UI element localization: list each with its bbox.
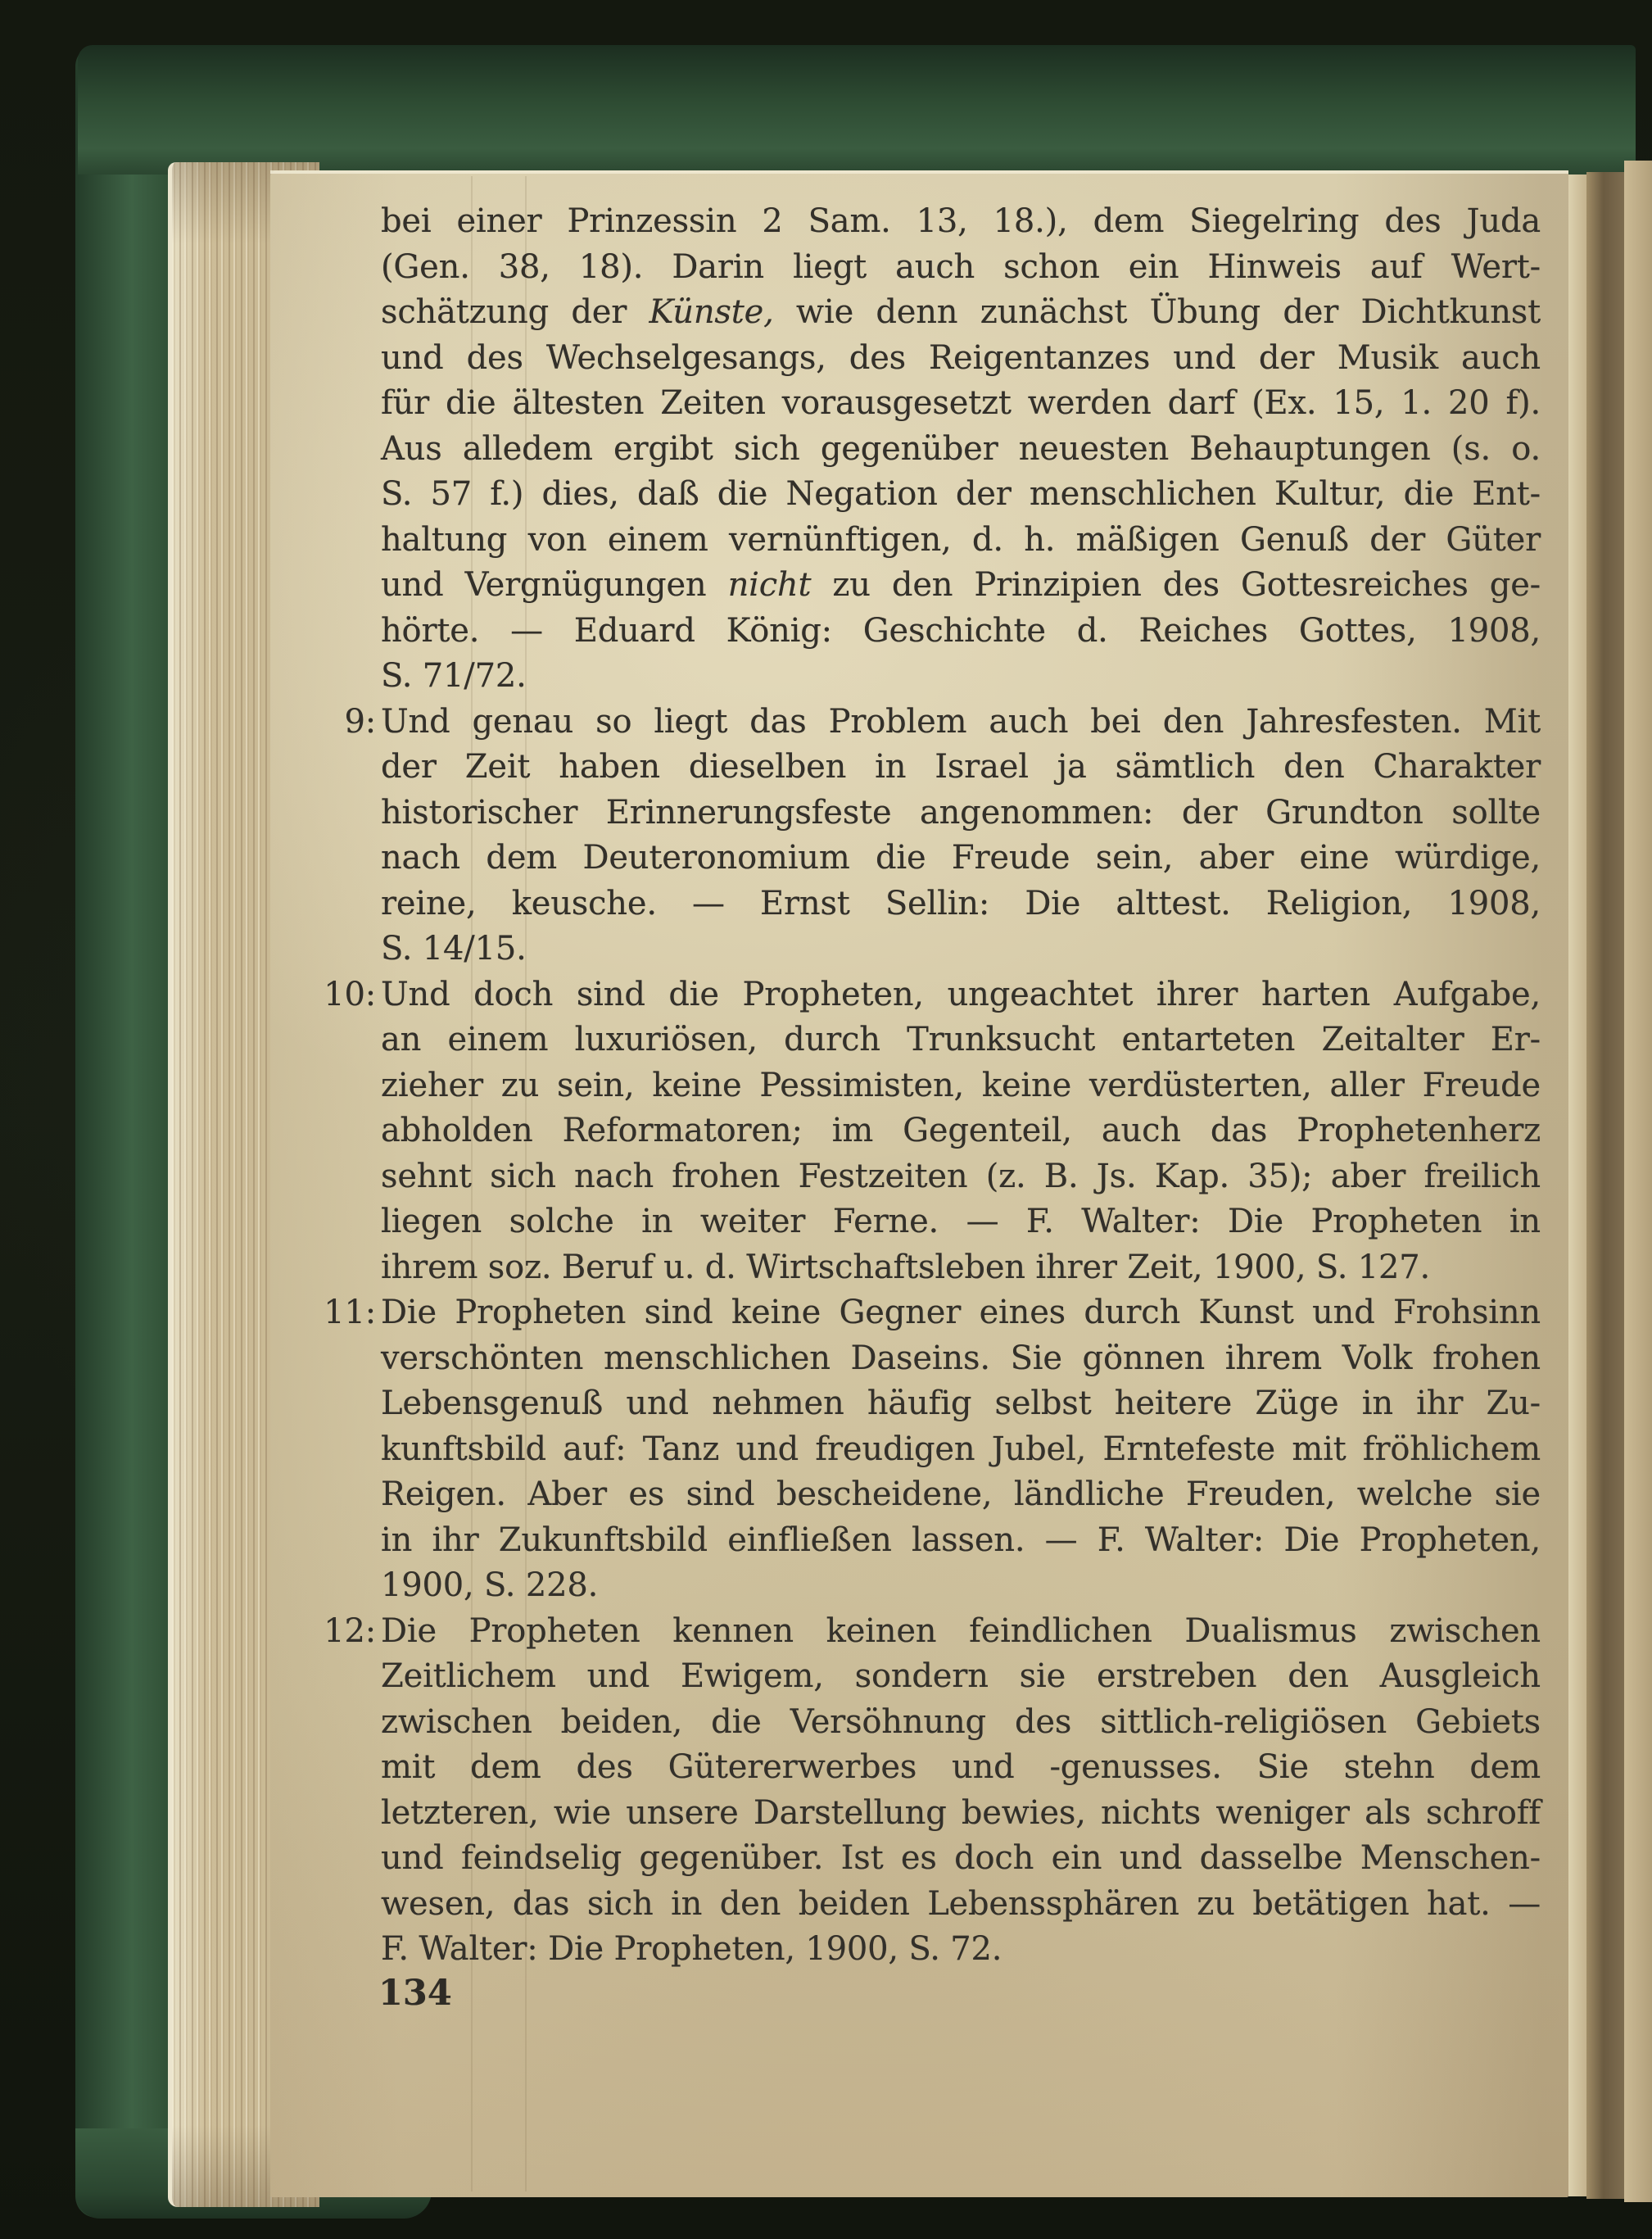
text-line: für die ältesten Zeiten vorausgesetzt we…	[381, 381, 1541, 427]
text-line: Zeitlichem und Ewigem, sondern sie erstr…	[381, 1654, 1541, 1700]
note-number: 10:	[314, 972, 376, 1018]
text-line: sehnt sich nach frohen Festzeiten (z. B.…	[381, 1154, 1541, 1200]
note-paragraph: 12:Die Propheten kennen keinen feindlich…	[381, 1609, 1541, 1973]
text-line: S. 57 f.) dies, daß die Negation der men…	[381, 472, 1541, 518]
text-line: zwischen beiden, die Versöhnung des sitt…	[381, 1700, 1541, 1746]
book-cover-top-edge	[78, 45, 1636, 174]
text-line: abholden Reformatoren; im Gegenteil, auc…	[381, 1108, 1541, 1154]
page-fold-highlight	[1568, 174, 1586, 2196]
text-line: 1900, S. 228.	[381, 1563, 1541, 1609]
notes-text-block: bei einer Prinzessin 2 Sam. 13, 18.), de…	[381, 199, 1541, 1973]
text-line: kunftsbild auf: Tanz und freudigen Jubel…	[381, 1427, 1541, 1473]
facing-page-edge	[1624, 161, 1652, 2202]
text-line: Aus alledem ergibt sich gegenüber neuest…	[381, 427, 1541, 473]
text-line: bei einer Prinzessin 2 Sam. 13, 18.), de…	[381, 199, 1541, 245]
text-line: historischer Erinnerungsfeste angenommen…	[381, 791, 1541, 836]
text-line: zieher zu sein, keine Pessimisten, keine…	[381, 1063, 1541, 1109]
page-number: 134	[378, 1973, 452, 2014]
text-line: und des Wechselgesangs, des Reigentanzes…	[381, 336, 1541, 382]
note-number: 11:	[314, 1290, 376, 1336]
text-line: haltung von einem vernünftigen, d. h. mä…	[381, 518, 1541, 564]
note-paragraph: bei einer Prinzessin 2 Sam. 13, 18.), de…	[381, 199, 1541, 700]
text-line: und feindselig gegenüber. Ist es doch ei…	[381, 1836, 1541, 1882]
text-line: reine, keusche. — Ernst Sellin: Die altt…	[381, 882, 1541, 927]
text-line: in ihr Zukunftsbild einfließen lassen. —…	[381, 1518, 1541, 1564]
text-line: und Vergnügungen nicht zu den Prinzipien…	[381, 563, 1541, 609]
text-line: S. 71/72.	[381, 654, 1541, 700]
text-line: wesen, das sich in den beiden Lebenssphä…	[381, 1882, 1541, 1928]
note-number: 9:	[314, 700, 376, 746]
book-photo: bei einer Prinzessin 2 Sam. 13, 18.), de…	[0, 0, 1652, 2239]
note-paragraph: 11:Die Propheten sind keine Gegner eines…	[381, 1290, 1541, 1609]
text-line: Die Propheten sind keine Gegner eines du…	[381, 1290, 1541, 1336]
note-paragraph: 9:Und genau so liegt das Problem auch be…	[381, 700, 1541, 972]
text-line: mit dem des Gütererwerbes und -genusses.…	[381, 1745, 1541, 1791]
text-line: Lebensgenuß und nehmen häufig selbst hei…	[381, 1381, 1541, 1427]
text-line: schätzung der Künste, wie denn zunächst …	[381, 290, 1541, 336]
text-line: liegen solche in weiter Ferne. — F. Walt…	[381, 1199, 1541, 1245]
note-paragraph: 10:Und doch sind die Propheten, ungeacht…	[381, 972, 1541, 1291]
text-line: S. 14/15.	[381, 927, 1541, 972]
text-line: letzteren, wie unsere Darstellung bewies…	[381, 1791, 1541, 1837]
text-line: nach dem Deuteronomium die Freude sein, …	[381, 836, 1541, 882]
note-number: 12:	[314, 1609, 376, 1655]
text-line: Reigen. Aber es sind bescheidene, ländli…	[381, 1472, 1541, 1518]
book-cover-left-edge	[75, 45, 178, 2218]
text-line: der Zeit haben dieselben in Israel ja sä…	[381, 745, 1541, 791]
text-line: F. Walter: Die Propheten, 1900, S. 72.	[381, 1927, 1541, 1973]
text-line: ihrem soz. Beruf u. d. Wirtschaftsleben …	[381, 1245, 1541, 1291]
text-line: verschönten menschlichen Daseins. Sie gö…	[381, 1336, 1541, 1382]
text-line: Und doch sind die Propheten, ungeachtet …	[381, 972, 1541, 1018]
text-line: Die Propheten kennen keinen feindlichen …	[381, 1609, 1541, 1655]
text-line: (Gen. 38, 18). Darin liegt auch schon ei…	[381, 245, 1541, 291]
gutter-shadow	[1586, 172, 1624, 2199]
text-line: an einem luxuriösen, durch Trunksucht en…	[381, 1018, 1541, 1063]
text-line: Und genau so liegt das Problem auch bei …	[381, 700, 1541, 746]
text-line: hörte. — Eduard König: Geschichte d. Rei…	[381, 609, 1541, 655]
